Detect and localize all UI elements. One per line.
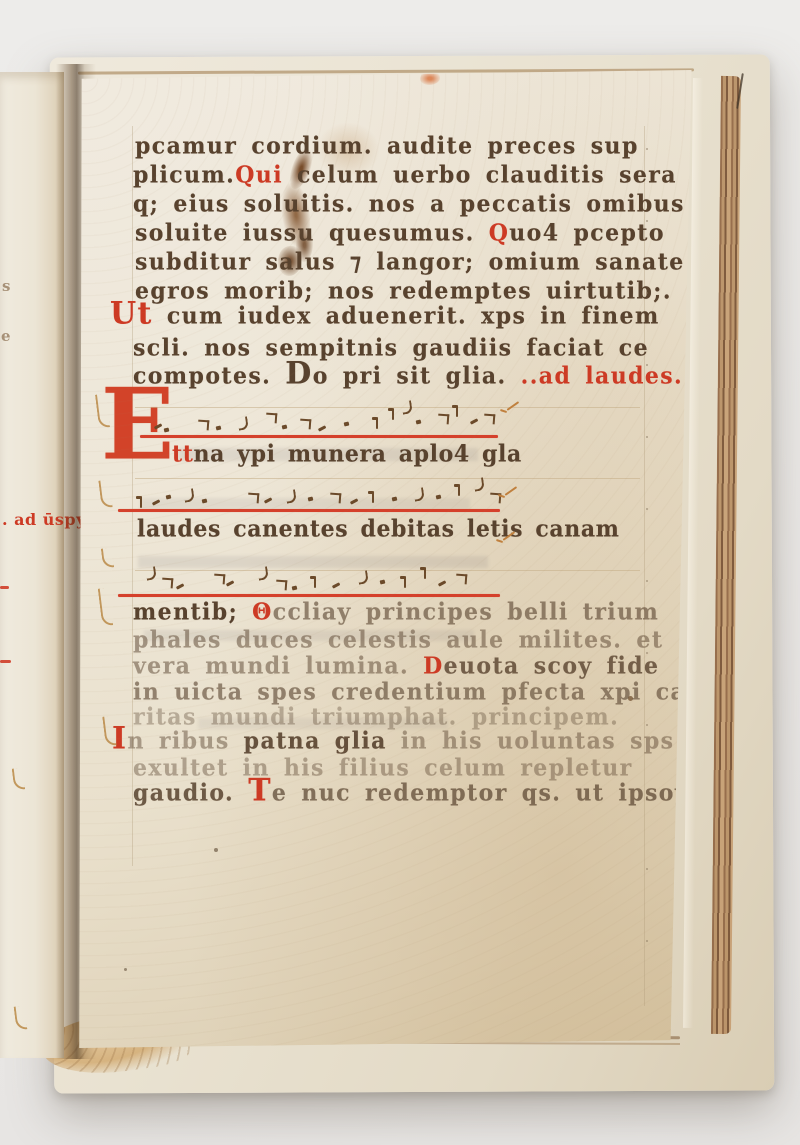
margin-flourish-icon [95, 393, 110, 428]
manuscript-page: 37 E pcamur cordium. audite preces suppl… [78, 70, 694, 1048]
neume-mark [404, 576, 406, 588]
ruling-line-right [644, 126, 645, 1006]
neume-mark [318, 425, 326, 431]
neume-mark [424, 567, 426, 579]
pricking-dot [646, 580, 648, 582]
neume-mark [308, 496, 314, 501]
ruling-line-left [132, 126, 133, 866]
stain-smudge [316, 122, 380, 178]
rubric-dash [0, 660, 11, 663]
rubric-text: I [112, 720, 127, 756]
neume-mark [438, 580, 446, 586]
manuscript-line: gaudio. Te nuc redemptor qs. ut ipsoy. [133, 779, 696, 806]
ink-text: vera mundi lumina. [133, 652, 423, 679]
rubric-text: Qui [235, 161, 283, 188]
ink-text: na ypi munera aplo4 gla [194, 440, 522, 467]
margin-flourish-icon [98, 479, 112, 508]
neume-mark [145, 566, 157, 580]
neume-mark [357, 570, 369, 584]
staff-red-line [118, 594, 500, 597]
neume-mark [484, 414, 496, 425]
rubric-text: ..ad laudes. [507, 362, 684, 389]
neume-mark [456, 405, 458, 417]
neume-mark [266, 413, 278, 424]
neume-mark [226, 580, 234, 586]
show-through-ghost [198, 718, 448, 729]
manuscript-line: subditur salus ⁊ langor; omium sanate [135, 248, 685, 275]
left-page-sliver: . ad ūspy. s e [0, 72, 64, 1058]
rubric-text: T [248, 772, 272, 808]
pricking-dot [646, 292, 648, 294]
rubric-text: Q [489, 219, 510, 246]
manuscript-line: scli. nos sempitnis gaudiis faciat ce [133, 334, 649, 361]
neume-mark [152, 499, 160, 505]
ink-text: cum iudex aduenerit. xps in finem [153, 302, 660, 329]
pricking-dot [646, 220, 648, 222]
neume-mark [401, 400, 413, 414]
margin-flourish-icon [14, 1005, 28, 1030]
pricking-dot [646, 508, 648, 510]
ink-text: soluite iussu quesumus. [135, 219, 489, 246]
manuscript-line: mentib; Θccliay principes belli trium [133, 598, 659, 625]
manuscript-line: phales duces celestis aule milites. et [133, 626, 663, 653]
ink-text: e nuc redemptor qs. ut ipsoy. [272, 779, 696, 806]
neume-mark [470, 418, 478, 424]
ink-text: pcamur cordium. audite preces sup [135, 132, 639, 159]
pricking-dot [646, 436, 648, 438]
staff-guide-line [135, 407, 640, 408]
ink-text: euota scoy fide [444, 652, 660, 679]
manuscript-line: In ribus patna glia in his uoluntas sps [112, 727, 674, 754]
neume-mark [458, 484, 460, 496]
margin-flourish-icon [98, 587, 114, 626]
ink-text: ritas mundi triumphat. principem. [133, 703, 619, 730]
neume-mark [372, 491, 374, 503]
margin-flourish-icon [101, 547, 114, 568]
rubric-dash [0, 586, 9, 589]
manuscript-line: laudes canentes debitas letis canam [137, 515, 620, 542]
ink-text: mentib; [133, 598, 252, 625]
initial-letter-E: E [101, 387, 174, 463]
manuscript-line: ritas mundi triumphat. principem. [133, 703, 619, 730]
ink-text: egros morib; nos redemptes uirtutib;. [135, 277, 672, 304]
ink-text: exultet in his filius celum repletur [133, 754, 633, 781]
neume-mark [162, 578, 174, 589]
rubric-text: Θ [252, 598, 273, 625]
neume-mark [282, 424, 288, 429]
staff-red-line [118, 509, 500, 512]
pricking-dot [646, 940, 648, 942]
manuscript-line: compotes. Do pri sit glia. ..ad laudes. [133, 362, 683, 389]
ink-text: in uicta spes credentium pfecta xpi ca [133, 678, 686, 705]
ink-text: patna glia [244, 727, 401, 754]
ink-stain [296, 228, 313, 262]
neume-mark [300, 419, 312, 430]
ink-text: gaudio. [133, 779, 248, 806]
manuscript-line: soluite iussu quesumus. Quo4 pcepto [135, 219, 665, 246]
ink-text: n ribus [127, 727, 243, 754]
neume-mark [154, 423, 162, 429]
neume-mark [216, 425, 222, 430]
ink-text: o pri sit glia. [313, 362, 507, 389]
ink-text: uo4 pcepto [509, 219, 665, 246]
neume-mark [350, 498, 358, 504]
ink-text: celum uerbo clauditis sera [283, 161, 677, 188]
neume-mark [392, 496, 398, 501]
neume-mark [202, 498, 208, 503]
neume-mark [292, 585, 298, 590]
neume-mark [237, 416, 249, 430]
neume-mark [413, 487, 425, 501]
neume-mark [183, 488, 195, 502]
show-through-ghost [138, 556, 488, 568]
neume-mark [332, 582, 340, 588]
neume-mark [436, 494, 442, 499]
left-page-text-fragment: s [2, 277, 10, 295]
staff-guide-line [135, 478, 640, 479]
neume-mark [392, 408, 394, 420]
pricking-dot [646, 148, 648, 150]
manuscript-line: plicum.Qui celum uerbo clauditis sera [133, 161, 677, 188]
pricking-dot [646, 364, 648, 366]
ink-stain [286, 146, 316, 192]
ink-text: q; eius soluitis. nos a peccatis omibus [133, 190, 685, 217]
left-page-text-fragment: e [1, 327, 11, 345]
ink-stain [278, 180, 315, 249]
pricking-dot [646, 868, 648, 870]
neume-mark [166, 494, 172, 499]
staff-red-line [140, 435, 498, 438]
neume-mark [176, 583, 184, 589]
manuscript-line: egros morib; nos redemptes uirtutib;. [135, 277, 672, 304]
rubric-text: D [423, 652, 443, 679]
neume-mark [490, 493, 502, 504]
neume-mark [257, 566, 269, 580]
manuscript-line: q; eius soluitis. nos a peccatis omibus [133, 190, 685, 217]
speck [628, 696, 633, 701]
ink-text: plicum. [133, 161, 235, 188]
neume-mark [164, 427, 170, 432]
neume-mark [344, 421, 350, 426]
neume-mark [376, 417, 378, 429]
custos-flourish-icon [498, 530, 516, 544]
neume-mark [438, 414, 450, 425]
margin-flourish-icon [102, 715, 117, 746]
ink-text: ccliay principes belli trium [273, 598, 659, 625]
pricking-dot [646, 724, 648, 726]
neume-mark [264, 497, 272, 503]
custos-flourish-icon [500, 485, 518, 499]
show-through-ghost [178, 448, 478, 461]
show-through-ghost [140, 498, 470, 510]
rubric-text: tt [172, 440, 194, 467]
margin-flourish-icon [12, 767, 26, 790]
neume-mark [416, 419, 422, 424]
neume-mark [330, 493, 342, 504]
ink-text: scli. nos sempitnis gaudiis faciat ce [133, 334, 649, 361]
neume-mark [140, 496, 142, 508]
neume-mark [276, 580, 288, 591]
manuscript-line: ttna ypi munera aplo4 gla [172, 440, 522, 467]
manuscript-line: Ut cum iudex aduenerit. xps in finem [110, 302, 660, 329]
show-through-ghost [144, 630, 474, 641]
neume-mark [198, 420, 210, 431]
red-smudge-top [420, 72, 440, 85]
ink-text: laudes canentes debitas letis canam [137, 515, 620, 542]
neume-mark [214, 574, 226, 585]
ink-stain [278, 246, 302, 276]
pricking-dot [646, 652, 648, 654]
neume-mark [473, 477, 485, 491]
neume-mark [285, 489, 297, 503]
ink-text: phales duces celestis aule milites. et [133, 626, 663, 653]
staff-guide-line [135, 570, 640, 571]
manuscript-line: exultet in his filius celum repletur [133, 754, 633, 781]
speck [124, 968, 127, 971]
manuscript-line: in uicta spes credentium pfecta xpi ca [133, 678, 686, 705]
ink-text: in his uoluntas sps [401, 727, 675, 754]
ink-text: subditur salus ⁊ langor; omium sanate [135, 248, 685, 275]
neume-mark [456, 574, 468, 585]
manuscript-line: pcamur cordium. audite preces sup [135, 132, 639, 159]
ink-text: D [285, 355, 312, 391]
neume-mark [380, 579, 386, 584]
neume-mark [314, 576, 316, 588]
rubric-text: Ut [110, 295, 153, 331]
manuscript-line: vera mundi lumina. Deuota scoy fide [133, 652, 659, 679]
pricking-dot [646, 796, 648, 798]
neume-mark [248, 493, 260, 504]
speck [214, 848, 218, 852]
custos-flourish-icon [502, 400, 520, 414]
ink-text: compotes. [133, 362, 285, 389]
